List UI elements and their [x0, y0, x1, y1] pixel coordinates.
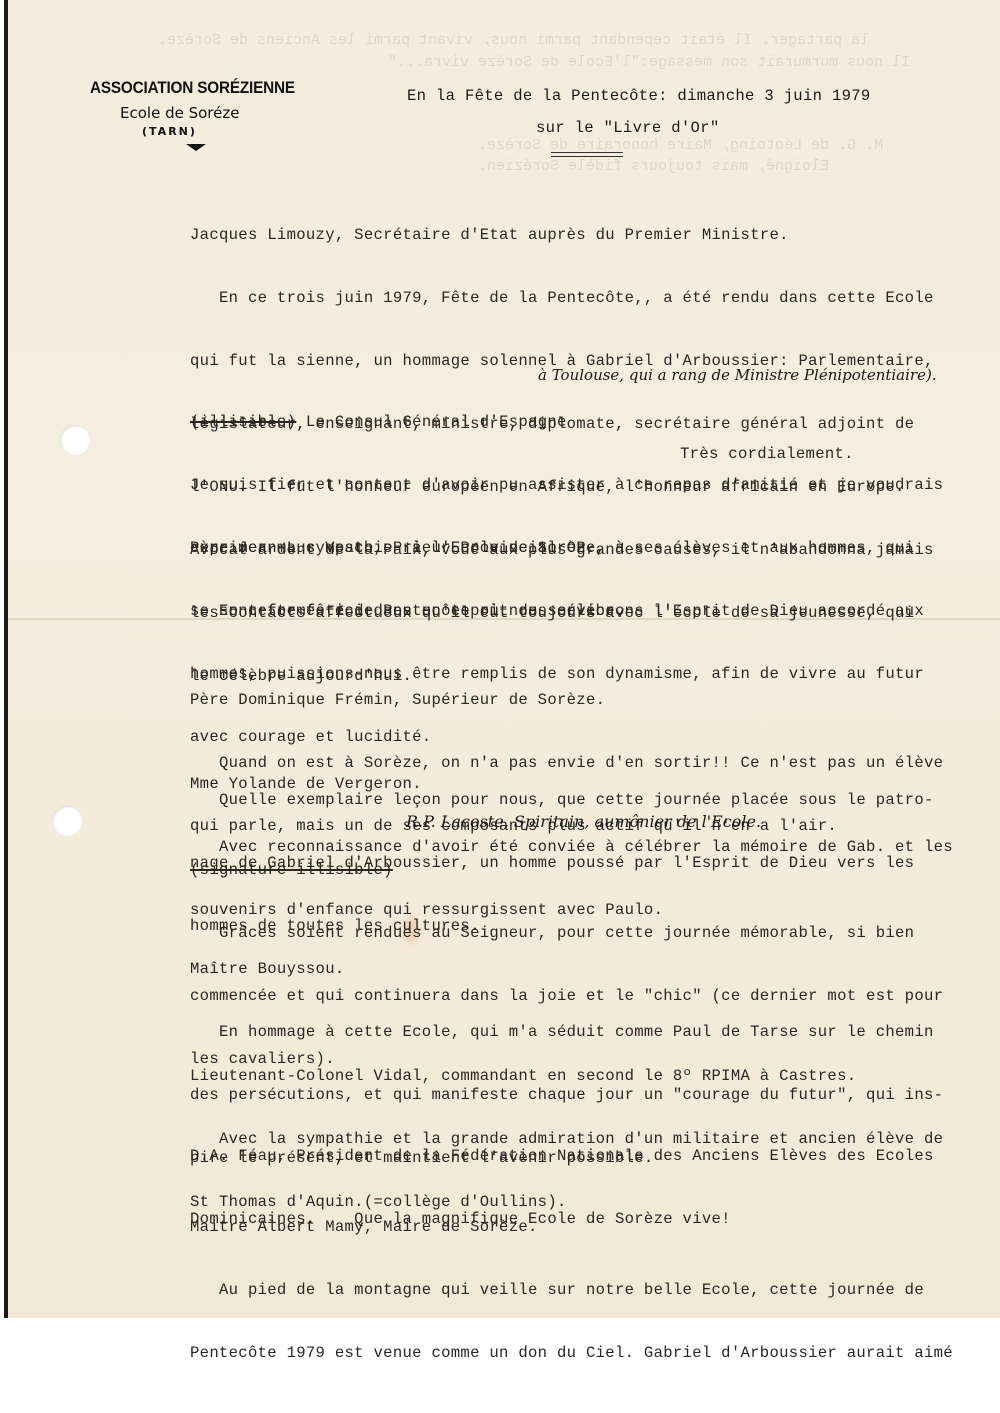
entry-line: Au pied de la montagne qui veille sur no… — [190, 1280, 953, 1301]
entry-author: Mme Yolande de Vergeron. — [190, 774, 953, 795]
school-name: Ecole de Soréze — [90, 104, 302, 122]
entry-author: Père Dominique Frémin, Supérieur de Sorè… — [190, 690, 943, 711]
struck-author: (illisible) — [190, 413, 296, 431]
entry-author: Jacques Limouzy, Secrétaire d'Etat auprè… — [190, 225, 934, 246]
occasion-heading: En la Fête de la Pentecôte: dimanche 3 j… — [407, 86, 871, 107]
entry-author: Père Jean-Luc Vesco, Prieur Provincial O… — [190, 538, 934, 559]
entry-closing: Très cordialement. — [680, 444, 854, 465]
bleed-through-line: la partager. Il était cependant parmi no… — [158, 30, 869, 51]
entry-author: Maitre Albert Mamy, Maire de Sorèze. — [190, 1217, 953, 1238]
punch-hole-top — [60, 425, 90, 455]
book-heading: sur le "Livre d'Or" — [536, 118, 720, 139]
entry-line: En cette fête de Pentecôte où nous céléb… — [190, 601, 934, 622]
entry-line: Pentecôte 1979 est venue comme un don du… — [190, 1343, 953, 1364]
entry-author: Le Consul Général d'Espagne — [306, 413, 567, 431]
entry-author: D.A. Féau, Président de la Fédération Na… — [190, 1146, 934, 1167]
association-name: ASSOCIATION SORÉZIENNE — [90, 78, 281, 98]
scanned-page: la partager. Il était cependant parmi no… — [4, 0, 1000, 1318]
punch-hole-bottom — [52, 806, 82, 836]
down-triangle-icon — [186, 144, 206, 151]
heading-underline — [551, 152, 623, 157]
bleed-through-line: Il nous murmurait son message:"l'Ecole d… — [388, 52, 910, 73]
handwritten-annotation: à Toulouse, qui a rang de Ministre Pléni… — [538, 366, 937, 384]
bleed-through-line: Eloigné, mais toujours fidèle Sorézien. — [478, 156, 829, 177]
entry-mamy: Maitre Albert Mamy, Maire de Sorèze. Au … — [190, 1175, 953, 1406]
handwritten-annotation: R.P. Lacoste, Spiritain, aumônier de l'E… — [406, 812, 761, 831]
entry-line: Je suis fier et content d'avoir pu assis… — [190, 475, 943, 496]
struck-signature: (signature illisible) — [190, 861, 393, 879]
entry-author: Lieutenant-Colonel Vidal, commandant en … — [190, 1066, 943, 1087]
letterhead: ASSOCIATION SORÉZIENNE Ecole de Soréze (… — [90, 78, 302, 151]
entry-author: Maître Bouyssou. — [190, 959, 943, 980]
region-label: (TARN) — [90, 125, 302, 138]
entry-line: En ce trois juin 1979, Fête de la Pentec… — [190, 288, 934, 309]
